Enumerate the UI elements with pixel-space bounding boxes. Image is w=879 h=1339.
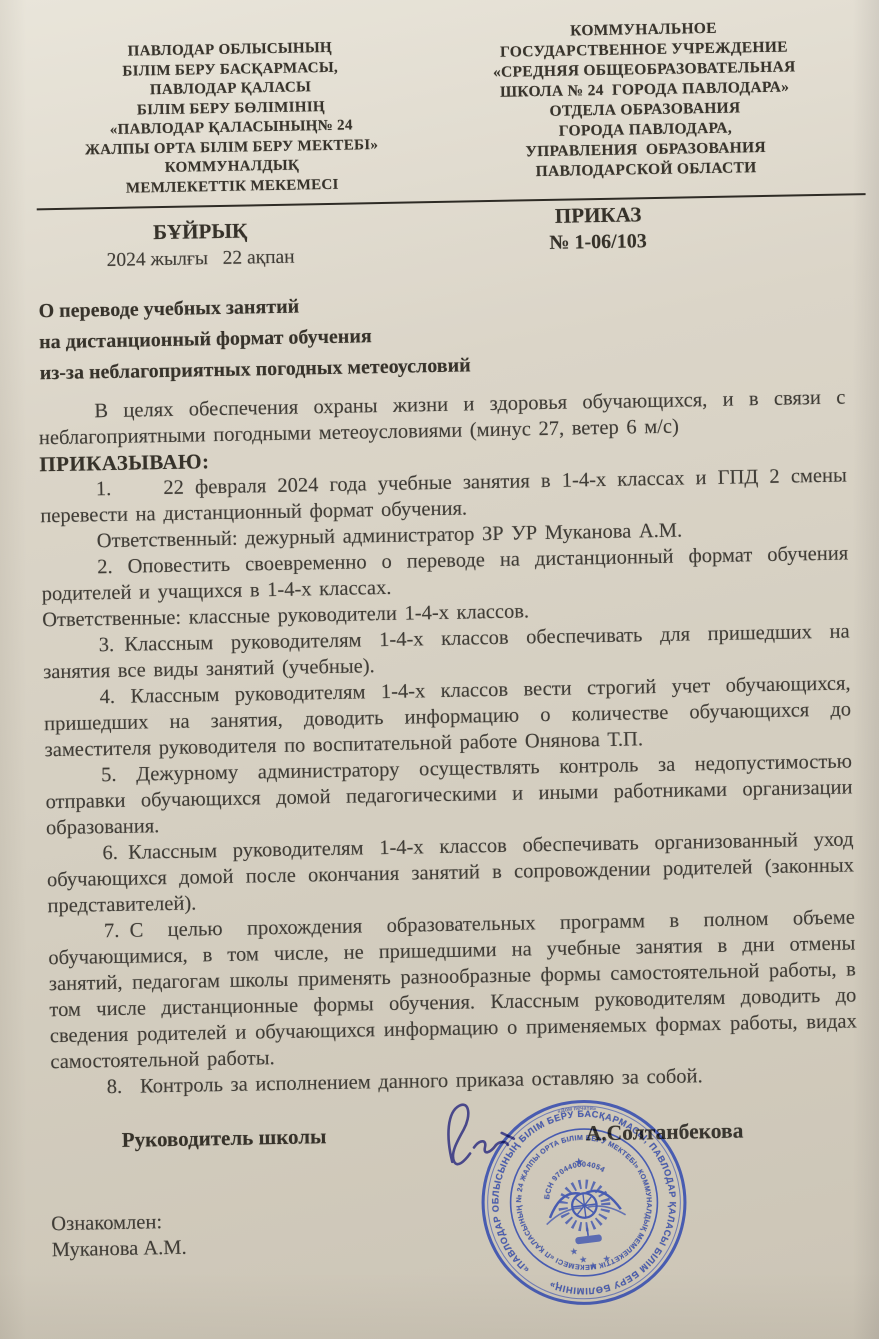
star-icon: ★ [573, 1156, 584, 1167]
order-item-7: 7. С целью прохождения образовательных п… [48, 904, 858, 1075]
official-stamp-seal: «Дом печати» «ПАВЛОДАР ОБЛЫСЫНЫҢ БІЛІМ Б… [467, 1085, 701, 1319]
subject-title: О переводе учебных занятий на дистанцион… [38, 282, 795, 389]
order-header: БҰЙРЫҚ 2024 жылғы 22 ақпан ПРИКАЗ № 1-06… [0, 195, 873, 293]
order-item-6: 6. Классным руководителям 1-4-х классов … [46, 826, 854, 919]
order-number: № 1-06/103 [549, 230, 647, 255]
order-title-block-ru: ПРИКАЗ № 1-06/103 [549, 202, 647, 255]
signature-row: Руководитель школы А.Солтанбекова [9, 1106, 879, 1186]
letterhead: ПАВЛОДАР ОБЛЫСЫНЫҢ БІЛІМ БЕРУ БАСҚАРМАСЫ… [0, 0, 871, 201]
order-item-5: 5. Дежурному администратору осуществлять… [45, 748, 853, 841]
acknowledgment: Ознакомлен: Муканова А.М. [51, 1196, 879, 1263]
order-date-kk: 2024 жылғы 22 ақпан [65, 246, 335, 273]
order-title-block-kk: БҰЙРЫҚ 2024 жылғы 22 ақпан [65, 217, 336, 273]
org-name-kazakh: ПАВЛОДАР ОБЛЫСЫНЫҢ БІЛІМ БЕРУ БАСҚАРМАСЫ… [34, 37, 429, 200]
document-scan: ПАВЛОДАР ОБЛЫСЫНЫҢ БІЛІМ БЕРУ БАСҚАРМАСЫ… [0, 0, 879, 1339]
order-body: В целях обеспечения охраны жизни и здоро… [38, 385, 858, 1102]
kazakhstan-emblem-icon [542, 1179, 628, 1247]
order-item-4: 4. Классным руководителям 1-4-х классов … [43, 670, 851, 763]
star-icon: ★ [570, 1246, 579, 1256]
order-title-kk: БҰЙРЫҚ [65, 217, 335, 247]
star-icon: ★ [579, 1255, 588, 1265]
signature-role: Руководитель школы [122, 1124, 327, 1153]
order-title-ru: ПРИКАЗ [549, 202, 647, 229]
org-name-russian: КОММУНАЛЬНОЕ ГОСУДАРСТВЕННОЕ УЧРЕЖДЕНИЕ … [433, 16, 856, 193]
